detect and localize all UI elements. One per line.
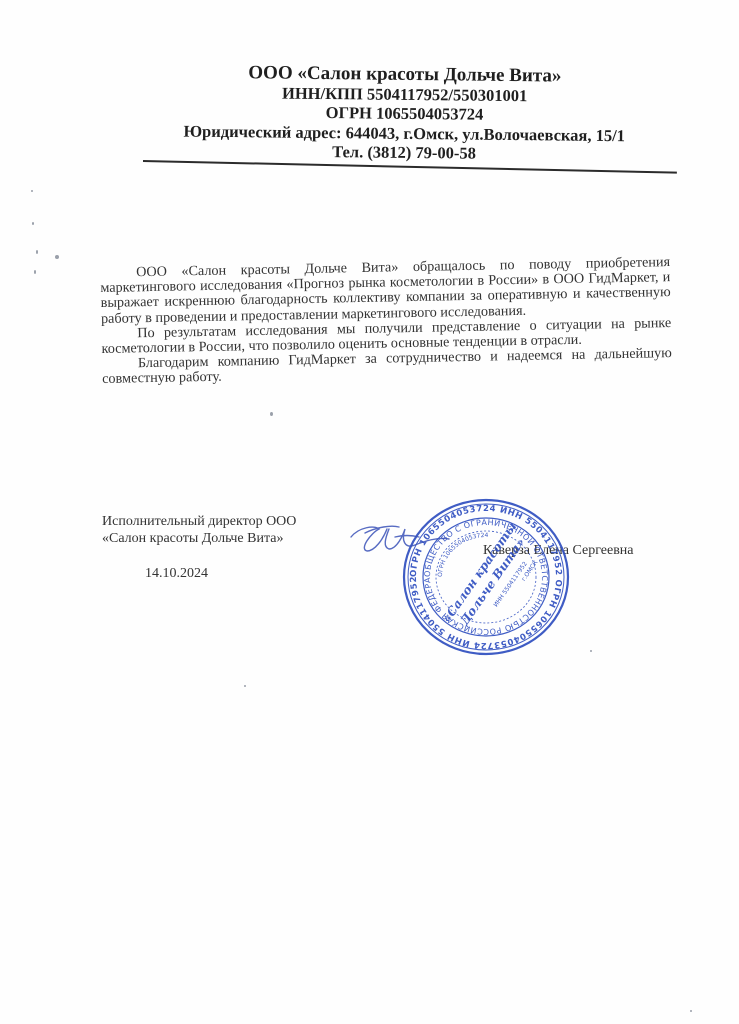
handwritten-signature-icon: [345, 515, 455, 565]
scan-speck: [34, 270, 36, 274]
letterhead: ООО «Салон красоты Дольче Вита» ИНН/КПП …: [129, 62, 680, 165]
scan-speck: [244, 685, 246, 687]
scan-speck: [36, 250, 38, 254]
letter-date: 14.10.2024: [145, 566, 208, 582]
signatory-position: Исполнительный директор ООО «Салон красо…: [102, 513, 296, 547]
position-line: Исполнительный директор ООО: [102, 513, 296, 530]
position-line: «Салон красоты Дольче Вита»: [102, 530, 296, 547]
scan-speck: [270, 412, 273, 416]
scan-speck: [31, 190, 33, 192]
scan-speck: [55, 255, 59, 259]
scanned-letter-page: ООО «Салон красоты Дольче Вита» ИНН/КПП …: [0, 0, 739, 1024]
scan-speck: [590, 650, 592, 652]
scan-speck: [690, 1010, 692, 1012]
scan-speck: [32, 222, 34, 225]
letter-body: ООО «Салон красоты Дольче Вита» обращало…: [100, 255, 672, 388]
